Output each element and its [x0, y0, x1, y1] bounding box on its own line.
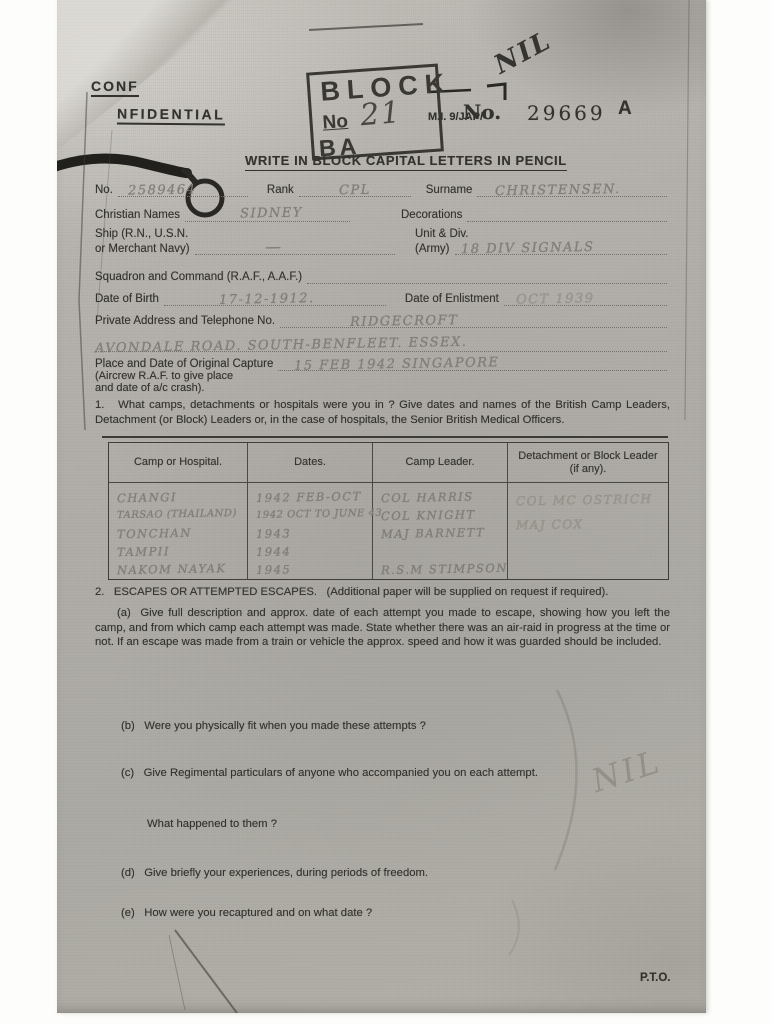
number-value: 2589464 — [128, 182, 197, 198]
number-label: No. — [95, 184, 113, 197]
torn-edge-line — [79, 92, 87, 430]
question1-number: 1. — [95, 399, 104, 411]
question2b: (b) Were you physically fit when you mad… — [121, 719, 641, 734]
squadron-field — [307, 270, 667, 284]
row-names-decorations: Christian Names SIDNEY Decorations — [95, 208, 667, 222]
date-of-birth-label: Date of Birth — [95, 293, 159, 306]
date-of-birth-value: 17-12-1912. — [219, 291, 315, 308]
question2c: (c) Give Regimental particulars of anyon… — [121, 766, 641, 781]
crease-line-right — [685, 0, 689, 420]
table-top-rule — [102, 436, 668, 438]
surname-value: CHRISTENSEN. — [495, 182, 621, 199]
dates-entry: 1942 FEB-OCT — [256, 487, 368, 507]
question2a-label: (a) — [117, 607, 131, 619]
leader-entry: R.S.M STIMPSON — [381, 559, 503, 579]
handwritten-nil-top: NIL — [489, 26, 556, 81]
page-fold-corner — [57, 0, 247, 150]
question2d: (d) Give briefly your experiences, durin… — [121, 866, 641, 881]
camps-table-col-leader: Camp Leader. COL HARRIS COL KNIGHT MAJ B… — [373, 443, 508, 579]
address-value-line2: AVONDALE ROAD. SOUTH-BENFLEET. ESSEX. — [95, 335, 468, 356]
detachment-entry: MAJ COX — [516, 511, 664, 538]
row-address: Private Address and Telephone No. RIDGEC… — [95, 314, 667, 328]
address-value-line1: RIDGECROFT — [350, 313, 459, 330]
confidential-stamp-partial: CONF — [91, 78, 139, 97]
camps-table-col-dates: Dates. 1942 FEB-OCT 1942 OCT TO JUNE 43 … — [248, 443, 373, 579]
capture-note: (Aircrew R.A.F. to give place and date o… — [95, 370, 295, 394]
camp-entry: CHANGI — [117, 487, 243, 507]
pen-stroke-top — [309, 24, 423, 30]
unit-label-line2: (Army) — [415, 243, 450, 255]
block-stamp-no-label: No — [322, 111, 349, 135]
unit-value: 18 DIV SIGNALS — [460, 240, 594, 257]
row-address-2: AVONDALE ROAD. SOUTH-BENFLEET. ESSEX. — [95, 338, 667, 352]
ship-label-line1: Ship (R.N., U.S.N. — [95, 228, 188, 240]
decorations-label: Decorations — [401, 209, 462, 222]
number-field: 2589464 — [118, 183, 248, 197]
scanned-document: CONF NFIDENTIAL BLOCK No 21 BA M.I. 9/JA… — [0, 0, 772, 1024]
crease-line-bottom2 — [169, 935, 185, 1010]
col-header-leader: Camp Leader. — [373, 443, 507, 483]
file-number: 29669 — [527, 101, 606, 125]
camps-table-col-detachment: Detachment or Block Leader (if any). COL… — [508, 443, 668, 579]
question2e-label: (e) — [121, 907, 135, 919]
col-header-camp: Camp or Hospital. — [109, 443, 247, 483]
question2b-label: (b) — [121, 720, 135, 732]
unit-label-line1: Unit & Div. — [415, 228, 468, 240]
capture-field: 15 FEB 1942 SINGAPORE — [278, 357, 667, 371]
camp-entry: TONCHAN — [117, 523, 243, 543]
question2-heading: 2. ESCAPES OR ATTEMPTED ESCAPES. (Additi… — [95, 585, 670, 600]
handwritten-nil-answer: NIL — [587, 742, 666, 800]
camp-entry: TARSAO (THAILAND) — [117, 505, 243, 525]
leader-entry: MAJ BARNETT — [381, 523, 503, 543]
question2b-text: Were you physically fit when you made th… — [144, 720, 426, 732]
date-of-birth-field: 17-12-1912. — [164, 292, 386, 306]
question2-title: ESCAPES OR ATTEMPTED ESCAPES. — [114, 586, 317, 598]
christian-names-value: SIDNEY — [240, 205, 303, 221]
row-number-rank-surname: No. 2589464 Rank CPL Surname CHRISTENSEN… — [95, 183, 667, 197]
surname-label: Surname — [426, 184, 473, 197]
date-of-enlistment-field: OCT 1939 — [504, 292, 667, 306]
ship-label-line2: or Merchant Navy) — [95, 243, 190, 255]
string-tag — [57, 159, 187, 174]
question1: 1. What camps, detachments or hospitals … — [95, 398, 670, 427]
question2e-text: How were you recaptured and on what date… — [144, 907, 372, 919]
file-grade: A — [618, 98, 632, 120]
unit-label-row: Unit & Div. — [415, 228, 535, 240]
leader-entry: COL KNIGHT — [381, 505, 503, 525]
question2e: (e) How were you recaptured and on what … — [121, 906, 641, 921]
question2c-followup: What happened to them ? — [147, 817, 547, 832]
col-header-detachment: Detachment or Block Leader (if any). — [508, 443, 668, 483]
unit-field: 18 DIV SIGNALS — [455, 241, 668, 255]
capture-note-line2: and date of a/c crash). — [95, 382, 204, 394]
row-capture: Place and Date of Original Capture 15 FE… — [95, 357, 667, 371]
capture-note-line1: (Aircrew R.A.F. to give place — [95, 370, 233, 382]
squadron-label: Squadron and Command (R.A.F., A.A.F.) — [95, 271, 302, 284]
dates-entry: 1945 — [256, 559, 368, 579]
surname-field: CHRISTENSEN. — [477, 183, 667, 197]
row-squadron: Squadron and Command (R.A.F., A.A.F.) — [95, 270, 667, 284]
ship-field-row: or Merchant Navy) — — [95, 241, 395, 255]
rank-label: Rank — [267, 184, 294, 197]
confidential-stamp: NFIDENTIAL — [117, 106, 225, 126]
capture-value: 15 FEB 1942 SINGAPORE — [294, 355, 500, 374]
pen-corner-mark — [487, 84, 505, 100]
detachment-entry: COL MC OSTRICH — [516, 487, 664, 514]
ship-field: — — [195, 241, 395, 255]
camps-table: Camp or Hospital. CHANGI TARSAO (THAILAN… — [108, 442, 669, 580]
question2c-label: (c) — [121, 767, 134, 779]
question2a: (a) Give full description and approx. da… — [95, 606, 670, 650]
row-birth-enlistment: Date of Birth 17-12-1912. Date of Enlist… — [95, 292, 667, 306]
unit-field-row: (Army) 18 DIV SIGNALS — [415, 241, 667, 255]
question2c-followup-text: What happened to them ? — [147, 818, 277, 830]
question2c-text: Give Regimental particulars of anyone wh… — [144, 767, 538, 779]
question2d-text: Give briefly your experiences, during pe… — [144, 867, 428, 879]
leader-entry: COL HARRIS — [381, 487, 503, 507]
christian-names-field: SIDNEY — [185, 208, 350, 222]
rank-value: CPL — [339, 183, 371, 199]
camps-table-col-camp: Camp or Hospital. CHANGI TARSAO (THAILAN… — [109, 443, 248, 579]
question2-note: (Additional paper will be supplied on re… — [326, 586, 608, 598]
question2d-label: (d) — [121, 867, 135, 879]
leader-entry — [381, 541, 503, 561]
christian-names-label: Christian Names — [95, 209, 180, 222]
ship-label-row: Ship (R.N., U.S.N. — [95, 228, 345, 240]
dates-entry: 1944 — [256, 541, 368, 561]
form-page: CONF NFIDENTIAL BLOCK No 21 BA M.I. 9/JA… — [57, 0, 706, 1013]
camp-entry: NAKOM NAYAK — [117, 559, 243, 579]
camp-entry: TAMPII — [117, 541, 243, 561]
please-turn-over: P.T.O. — [640, 972, 670, 984]
address-field-line1: RIDGECROFT — [280, 314, 667, 328]
date-of-enlistment-value: OCT 1939 — [516, 291, 595, 307]
dates-entry: 1943 — [256, 523, 368, 543]
block-number-handwritten: 21 — [359, 95, 403, 133]
date-of-enlistment-label: Date of Enlistment — [405, 293, 499, 306]
decorations-field — [467, 208, 667, 222]
address-field-line2: AVONDALE ROAD. SOUTH-BENFLEET. ESSEX. — [95, 338, 667, 352]
dates-entry: 1942 OCT TO JUNE 43 — [256, 505, 368, 525]
rank-field: CPL — [299, 183, 411, 197]
address-label: Private Address and Telephone No. — [95, 315, 275, 328]
file-no-label: No. — [463, 100, 501, 124]
crease-line-bottom — [175, 930, 237, 1013]
ship-value: — — [264, 237, 282, 256]
question2a-text: Give full description and approx. date o… — [95, 607, 670, 648]
question1-text: What camps, detachments or hospitals wer… — [95, 399, 670, 426]
question2-number: 2. — [95, 586, 104, 598]
col-header-dates: Dates. — [248, 443, 372, 483]
form-title: WRITE IN BLOCK CAPITAL LETTERS IN PENCIL — [245, 153, 567, 171]
